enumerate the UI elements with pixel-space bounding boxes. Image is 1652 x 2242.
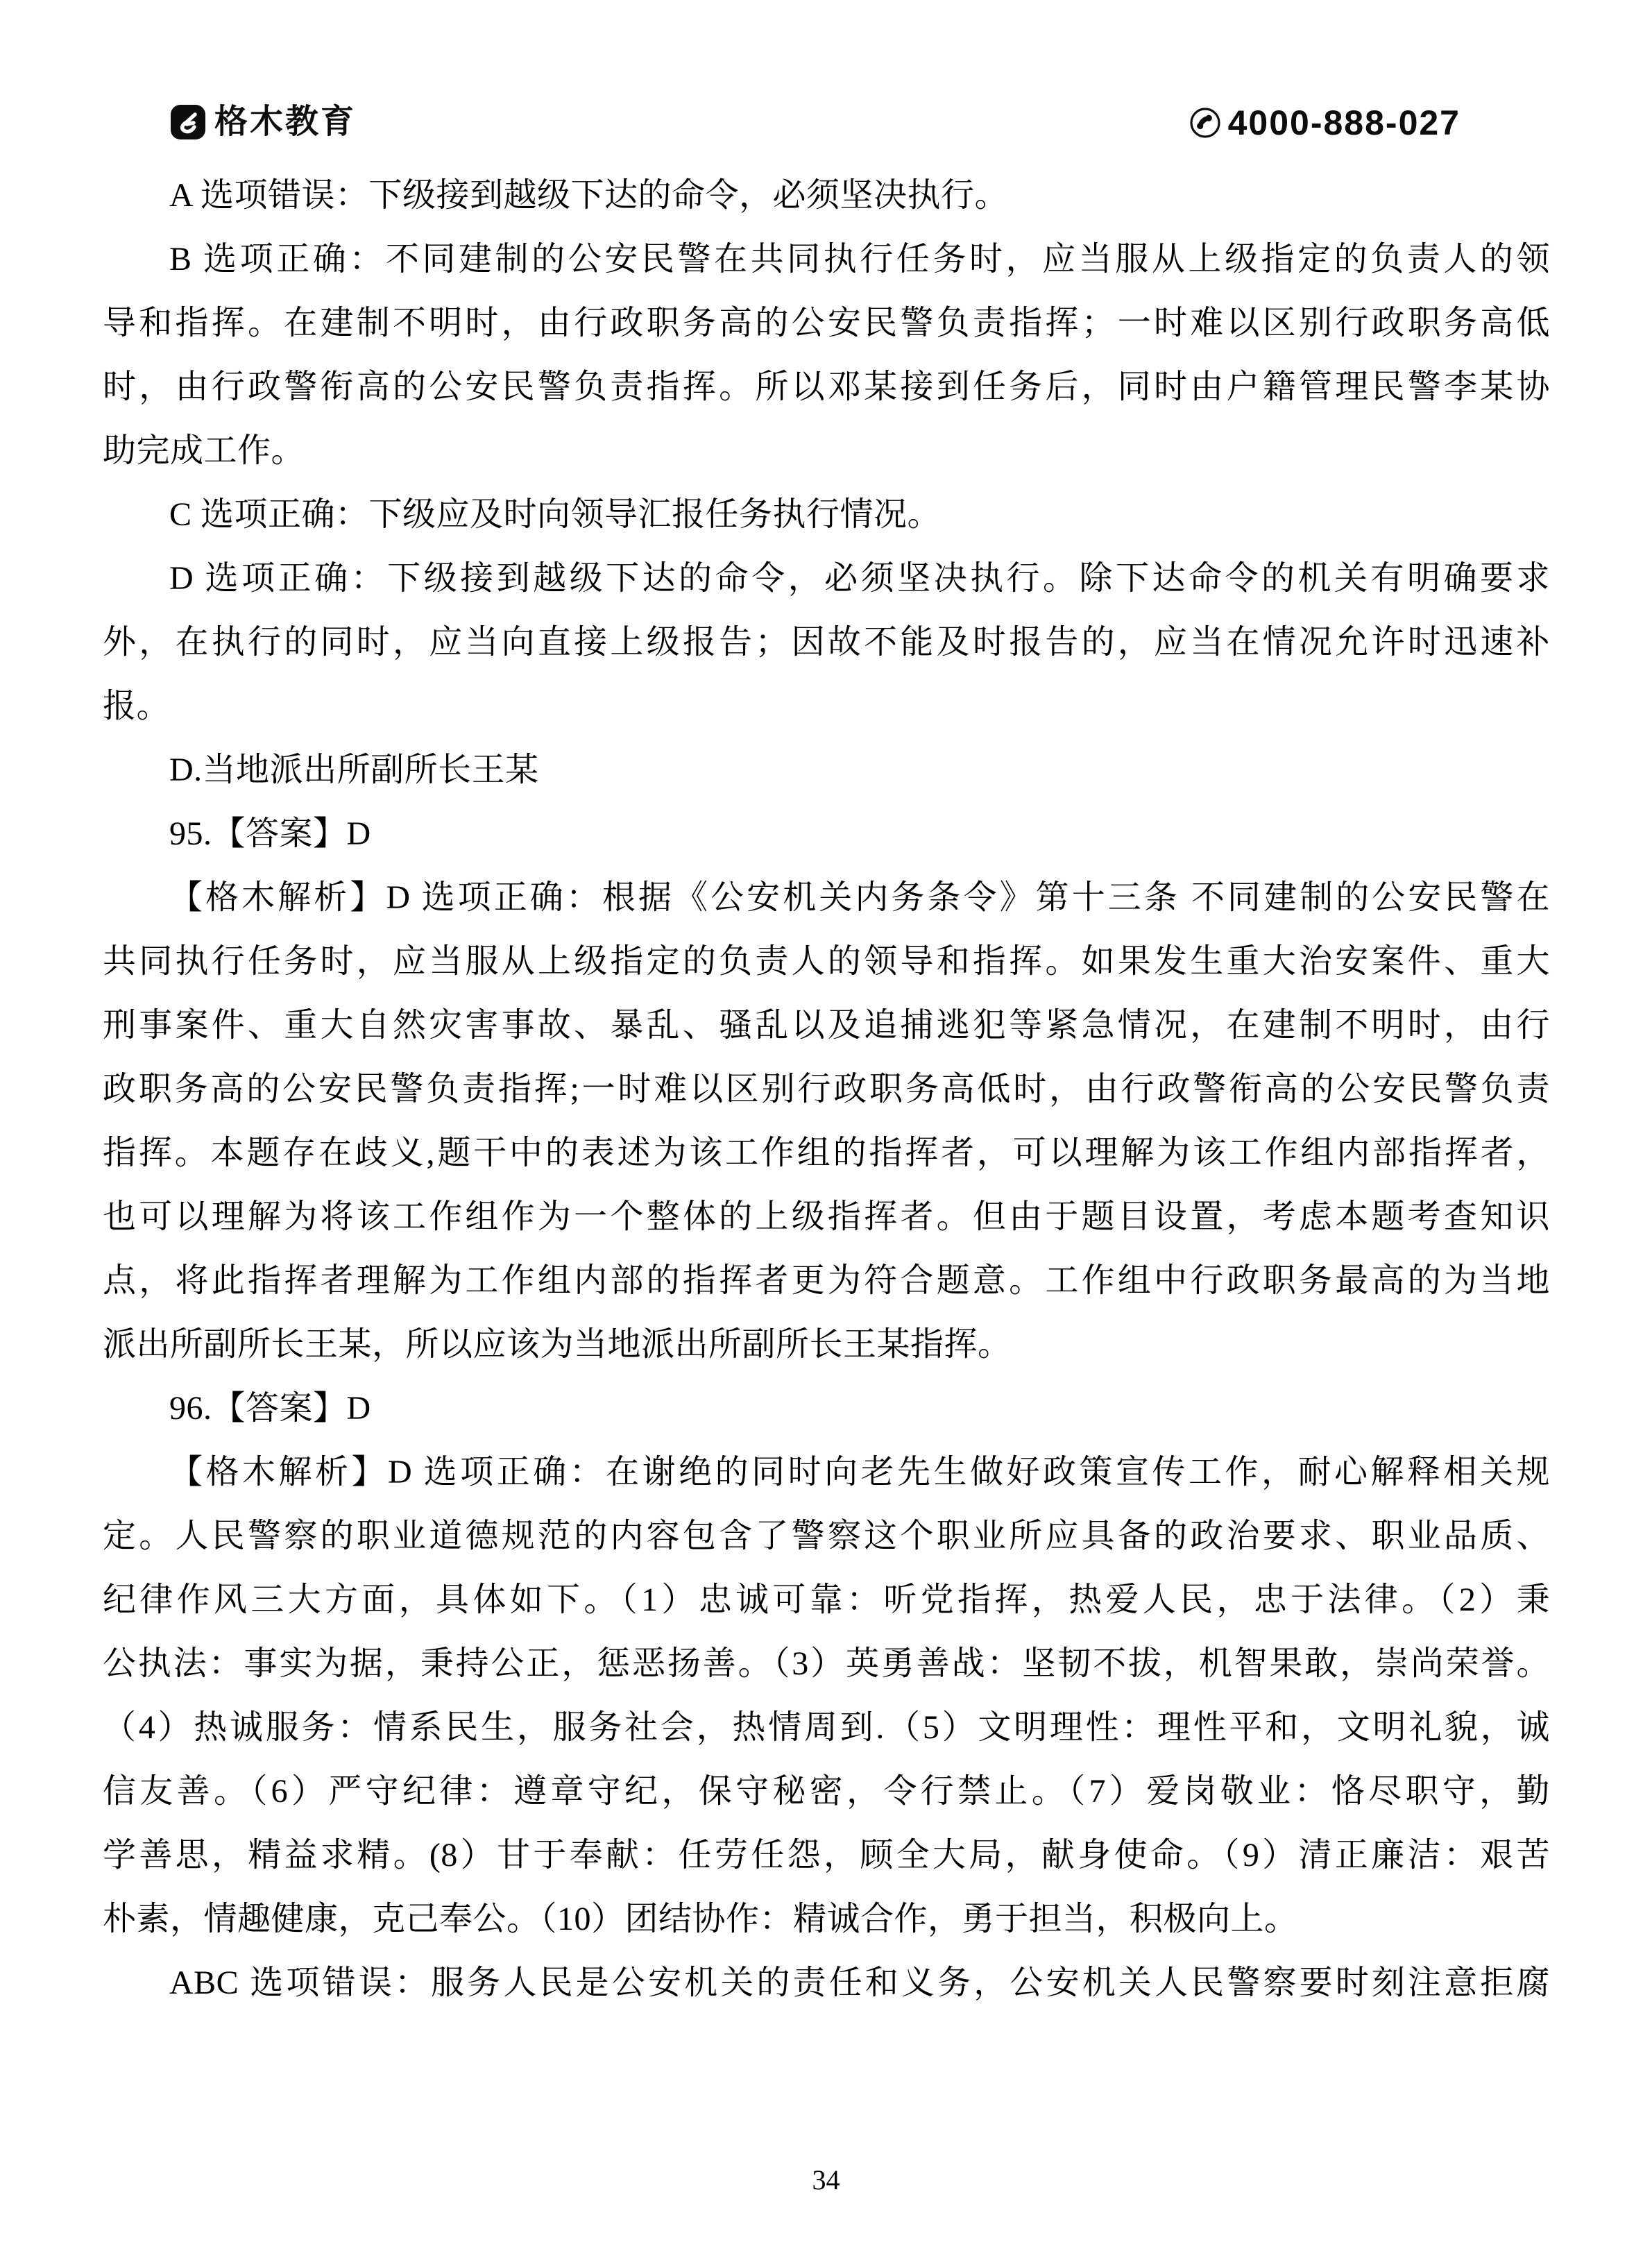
brand-name: 格木教育 [214,105,356,139]
text-line: 学善思，精益求精。(8）甘于奉献：任劳任怨，顾全大局，献身使命。（9）清正廉洁：… [103,1824,1550,1887]
paragraph: A 选项错误：下级接到越级下达的命令，必须坚决执行。 [103,164,1550,228]
text-line: B 选项正确：不同建制的公安民警在共同执行任务时，应当服从上级指定的负责人的领 [103,228,1550,291]
text-line: 政职务高的公安民警负责指挥;一时难以区别行政职务高低时，由行政警衔高的公安民警负… [103,1058,1550,1121]
text-line: 外，在执行的同时，应当向直接上级报告；因故不能及时报告的，应当在情况允许时迅速补 [103,611,1550,674]
paragraph: ABC 选项错误：服务人民是公安机关的责任和义务，公安机关人民警察要时刻注意拒腐 [103,1951,1550,2015]
paragraph: 96.【答案】D [103,1377,1550,1441]
text-line: 【格木解析】D 选项正确：在谢绝的同时向老先生做好政策宣传工作，耐心解释相关规 [103,1441,1550,1504]
paragraph: C 选项正确：下级应及时向领导汇报任务执行情况。 [103,483,1550,547]
text-line: 95.【答案】D [103,802,1550,866]
brand: 格木教育 [170,104,356,140]
text-line: ABC 选项错误：服务人民是公安机关的责任和义务，公安机关人民警察要时刻注意拒腐 [103,1951,1550,2015]
text-line: （4）热诚服务：情系民生，服务社会，热情周到.（5）文明理性：理性平和，文明礼貌… [103,1696,1550,1760]
document-page: 格木教育 4000-888-027 A 选项错误：下级接到越级下达的命令，必须坚… [0,0,1652,2242]
text-line: 公执法：事实为据，秉持公正，惩恶扬善。（3）英勇善战：坚韧不拔，机智果敢，崇尚荣… [103,1632,1550,1696]
text-line: 报。 [103,674,1550,738]
page-footer: 34 [0,2164,1652,2196]
text-line: C 选项正确：下级应及时向领导汇报任务执行情况。 [103,483,1550,547]
paragraph: B 选项正确：不同建制的公安民警在共同执行任务时，应当服从上级指定的负责人的领导… [103,228,1550,483]
text-line: 指挥。本题存在歧义,题干中的表述为该工作组的指挥者，可以理解为该工作组内部指挥者… [103,1121,1550,1185]
text-line: 派出所副所长王某，所以应该为当地派出所副所长王某指挥。 [103,1313,1550,1377]
paragraph: 【格木解析】D 选项正确：根据《公安机关内务条令》第十三条 不同建制的公安民警在… [103,866,1550,1377]
text-line: 也可以理解为将该工作组作为一个整体的上级指挥者。但由于题目设置，考虑本题考查知识 [103,1185,1550,1249]
paragraph: D 选项正确：下级接到越级下达的命令，必须坚决执行。除下达命令的机关有明确要求外… [103,547,1550,738]
text-line: 导和指挥。在建制不明时，由行政职务高的公安民警负责指挥；一时难以区别行政职务高低 [103,291,1550,355]
text-line: 信友善。（6）严守纪律：遵章守纪，保守秘密，令行禁止。（7）爱岗敬业：恪尽职守，… [103,1760,1550,1824]
contact-phone: 4000-888-027 [1189,105,1461,140]
text-line: 纪律作风三大方面，具体如下。（1）忠诚可靠：听党指挥，热爱人民，忠于法律。（2）… [103,1568,1550,1632]
text-line: 定。人民警察的职业道德规范的内容包含了警察这个职业所应具备的政治要求、职业品质、 [103,1504,1550,1568]
text-line: 【格木解析】D 选项正确：根据《公安机关内务条令》第十三条 不同建制的公安民警在 [103,866,1550,930]
text-line: 点，将此指挥者理解为工作组内部的指挥者更为符合题意。工作组中行政职务最高的为当地 [103,1249,1550,1313]
phone-icon [1189,107,1221,139]
page-number: 34 [812,2164,840,2196]
text-line: 刑事案件、重大自然灾害事故、暴乱、骚乱以及追捕逃犯等紧急情况，在建制不明时，由行 [103,994,1550,1058]
paragraph: D.当地派出所副所长王某 [103,738,1550,802]
text-line: D 选项正确：下级接到越级下达的命令，必须坚决执行。除下达命令的机关有明确要求 [103,547,1550,611]
document-body: A 选项错误：下级接到越级下达的命令，必须坚决执行。B 选项正确：不同建制的公安… [103,164,1550,2015]
text-line: D.当地派出所副所长王某 [103,738,1550,802]
text-line: 时，由行政警衔高的公安民警负责指挥。所以邓某接到任务后，同时由户籍管理民警李某协 [103,355,1550,419]
paragraph: 【格木解析】D 选项正确：在谢绝的同时向老先生做好政策宣传工作，耐心解释相关规定… [103,1441,1550,1951]
phone-number: 4000-888-027 [1228,105,1461,140]
paragraph: 95.【答案】D [103,802,1550,866]
text-line: A 选项错误：下级接到越级下达的命令，必须坚决执行。 [103,164,1550,228]
text-line: 助完成工作。 [103,419,1550,483]
text-line: 96.【答案】D [103,1377,1550,1441]
page-header: 格木教育 4000-888-027 [0,0,1652,167]
text-line: 共同执行任务时，应当服从上级指定的负责人的领导和指挥。如果发生重大治安案件、重大 [103,930,1550,994]
gemu-logo-icon [170,104,206,140]
text-line: 朴素，情趣健康，克己奉公。（10）团结协作：精诚合作，勇于担当，积极向上。 [103,1887,1550,1951]
